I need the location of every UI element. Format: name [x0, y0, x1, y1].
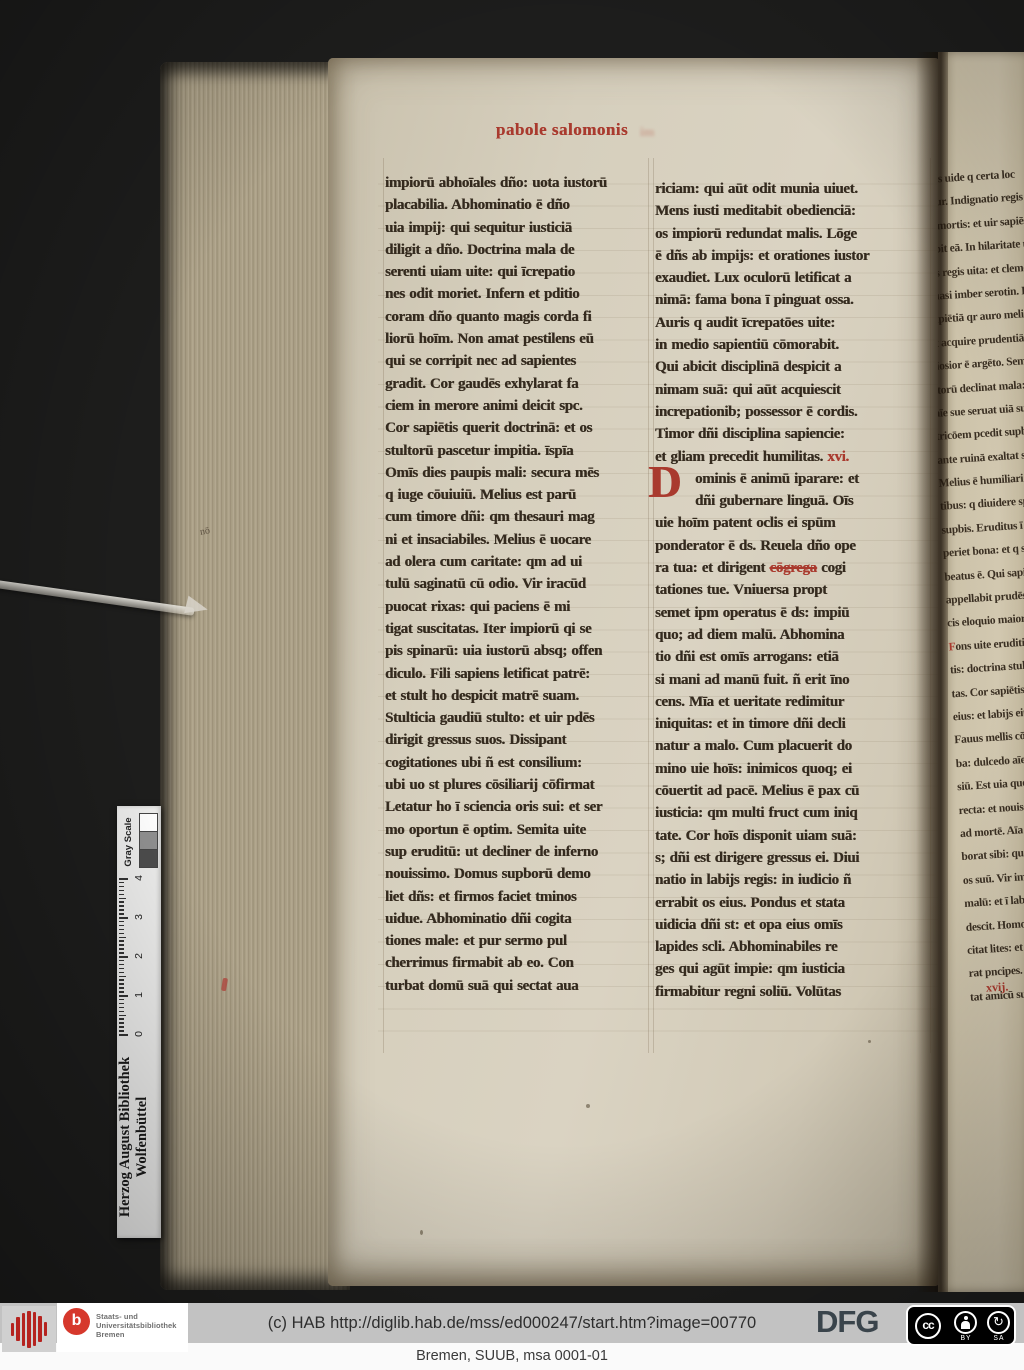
ruler-tick-label: 1: [132, 986, 146, 1004]
share-alike-arrow-icon: ↻: [987, 1311, 1010, 1334]
manuscript-line: os impiorū redundat malis. Lōge: [655, 223, 941, 245]
manuscript-line: ubi uo st plures cōsiliarij cōfirmat: [385, 774, 651, 796]
page-speck: [586, 1104, 590, 1108]
ink-offset-stain: im: [640, 124, 700, 146]
manuscript-line: riciam: qui aūt odit munia uiuet.: [655, 178, 941, 200]
manuscript-line: Letatur ho ī sciencia oris sui: et ser: [385, 796, 651, 818]
manuscript-line: cōuertit ad pacē. Melius ē pax cū: [655, 780, 941, 802]
manuscript-line: natio in labijs regis: in iudicio ñ: [655, 869, 941, 891]
manuscript-line: coram dño quanto magis corda fi: [385, 306, 651, 328]
grayscale-patch-white: [139, 813, 158, 832]
manuscript-line: stultorū pascetur impitia. īspīa: [385, 440, 651, 462]
manuscript-line: gradit. Cor gaudēs exhylarat fa: [385, 373, 651, 395]
manuscript-line: Timor dñi disciplina sapiencie:: [655, 423, 941, 445]
chapter-number: xvi.: [823, 449, 849, 465]
manuscript-line: ominis ē animū iparare: et: [655, 468, 941, 490]
ruler-tick: [119, 925, 124, 927]
manuscript-line: cum timore dñi: qm thesauri mag: [385, 506, 651, 528]
ruler-tick-label: 2: [132, 947, 146, 965]
manuscript-line: liorū hoīm. Non amat pestilens eū: [385, 328, 651, 350]
manuscript-line: uie hoīm patent oclis ei spūm: [655, 512, 941, 534]
ruler-tick: [119, 964, 124, 966]
dfg-logo: DFG: [816, 1303, 878, 1343]
ruler-tick: [119, 987, 124, 989]
manuscript-line: et gliam precedit humilitas. xvi.: [655, 446, 941, 468]
manuscript-line: cherrimus firmabit ab eo. Con: [385, 952, 651, 974]
manuscript-line: Cor sapiētis querit doctrinā: et os: [385, 417, 651, 439]
manuscript-line: nimā: fama bona ī pinguat ossa.: [655, 289, 941, 311]
manuscript-line: tate. Cor hoīs disponit uiam suā:: [655, 825, 941, 847]
library-name-label: Herzog August Bibliothek Wolfenbüttel: [117, 1007, 161, 1267]
manuscript-line: ni et insaciabiles. Melius ē uocare: [385, 529, 651, 551]
ruler-tick: [119, 948, 124, 950]
marginal-note: nō: [199, 525, 211, 538]
column-rule: [653, 158, 654, 1053]
manuscript-line: in medio sapientiū cōmorabit.: [655, 334, 941, 356]
manuscript-line: et stult ho despicit matrē suam.: [385, 685, 651, 707]
manuscript-line: tationes tue. Vniuersa propt: [655, 579, 941, 601]
facing-page-edge: regis uide q certa locgetur. Indignatio …: [938, 52, 1024, 1292]
page-speck: [420, 1230, 423, 1235]
manuscript-line: uidue. Abhominatio dñi cogita: [385, 908, 651, 930]
manuscript-line: ges qui agūt impie: qm iusticia: [655, 958, 941, 980]
manuscript-left-column: impiorū abhoīales dño: uota iustorūplaca…: [385, 172, 651, 997]
manuscript-line: cogitationes ubi ñ est consilium:: [385, 752, 651, 774]
ruler-tick: [119, 991, 124, 993]
manuscript-line: uidicia dñi st: et opa eius omīs: [655, 914, 941, 936]
grayscale-ruler-strip: Gray Scale 43210 Herzog August Bibliothe…: [117, 806, 161, 1238]
ruler-tick: [119, 960, 124, 962]
manuscript-line: ē dñs ab impijs: et orationes iustor: [655, 245, 941, 267]
manuscript-line: ciem in merore animi deicit spc.: [385, 395, 651, 417]
manuscript-line: Stulticia gaudiū stulto: et uir pdēs: [385, 707, 651, 729]
manuscript-line: qui se corripit nec ad sapientes: [385, 350, 651, 372]
manuscript-line: impiorū abhoīales dño: uota iustorū: [385, 172, 651, 194]
manuscript-line: Mens iusti meditabit obedienciā:: [655, 200, 941, 222]
manuscript-line: tigat suscitatas. Iter impiorū qi se: [385, 618, 651, 640]
manuscript-line: increpationib; possessor ē cordis.: [655, 401, 941, 423]
manuscript-line: semet ipm operatus ē ds: impiū: [655, 602, 941, 624]
manuscript-line: ra tua: et dirigent cōgrega cogi: [655, 557, 941, 579]
book-page-edges: [160, 62, 350, 1290]
manuscript-line: tulū saginatū cū odio. Vir iracūd: [385, 573, 651, 595]
ruler-tick: [119, 1003, 124, 1005]
grayscale-patch-dark: [139, 849, 158, 868]
ruler-tick: [119, 917, 128, 919]
library-name-line2: Wolfenbüttel: [134, 1007, 151, 1267]
ruler-tick: [119, 979, 124, 981]
ruler-tick: [119, 905, 124, 907]
ruler-tick: [119, 976, 126, 978]
column-rule: [383, 158, 384, 1053]
cc-by-label: BY: [954, 1335, 978, 1343]
person-body: [961, 1321, 970, 1329]
ruler-tick: [119, 999, 124, 1001]
manuscript-line: diculo. Fili sapiens letificat patrē:: [385, 663, 651, 685]
ruler-tick: [119, 956, 128, 958]
photo-area: pabole salomonis im impiorū abhoīales dñ…: [0, 0, 1024, 1303]
ruler-tick-label: 4: [132, 869, 146, 887]
ruler-tick: [119, 995, 128, 997]
manuscript-line: cens. Mīa et ueritate redimitur: [655, 691, 941, 713]
library-name-line1: Herzog August Bibliothek: [117, 1007, 134, 1267]
ruler-tick: [119, 968, 124, 970]
expunged-word: cōgrega: [769, 560, 816, 576]
manuscript-line: uia impij: qui sequitur iusticiā: [385, 217, 651, 239]
manuscript-line: mino uie hoīs: inimicos quoq; ei: [655, 758, 941, 780]
manuscript-line: placabilia. Abhominatio ē dño: [385, 194, 651, 216]
ruler-tick: [119, 901, 124, 903]
ruler-tick: [119, 886, 124, 888]
manuscript-line: liet dñs: et firmos faciet tminos: [385, 886, 651, 908]
manuscript-line: nouissimo. Domus supborū demo: [385, 863, 651, 885]
ruler-tick: [119, 882, 124, 884]
manuscript-line: turbat domū suā qui sectat aua: [385, 975, 651, 997]
ruler-tick: [119, 894, 124, 896]
manuscript-line: natur a malo. Cum placuerit do: [655, 735, 941, 757]
ruler-tick: [119, 933, 124, 935]
manuscript-line: iniquitas: et in timore dñi decli: [655, 713, 941, 735]
manuscript-line: diligit a dño. Doctrina mala de: [385, 239, 651, 261]
ruler-tick: [119, 878, 128, 880]
manuscript-line: ponderator ē ds. Reuela dño ope: [655, 535, 941, 557]
shelfmark-line: Bremen, SUUB, msa 0001-01: [0, 1343, 1024, 1370]
digitized-manuscript-scan: pabole salomonis im impiorū abhoīales dñ…: [0, 0, 1024, 1370]
manuscript-line: nimam suā: qui aūt acquiescit: [655, 379, 941, 401]
ruler-tick: [119, 972, 124, 974]
page-speck: [868, 1040, 871, 1043]
manuscript-line: dirigit gressus suos. Dissipant: [385, 729, 651, 751]
manuscript-line: s; dñi est dirigere gressus ei. Diui: [655, 847, 941, 869]
chapter-initial-letter: D: [648, 460, 690, 506]
ruler-tick: [119, 952, 124, 954]
grayscale-patch-mid: [139, 831, 158, 850]
manuscript-line: q iuge cōuiuiū. Melius est parū: [385, 484, 651, 506]
manuscript-line: iusticia: qm multi fruct cum iniq: [655, 802, 941, 824]
cc-sa-label: SA: [987, 1335, 1011, 1343]
manuscript-line: firmabitur regni soliū. Volūtas: [655, 981, 941, 1003]
manuscript-line: Auris q audit īcrepatōes uite:: [655, 312, 941, 334]
ruler-tick: [119, 909, 124, 911]
manuscript-line: ad olera cum caritate: qm ad ui: [385, 551, 651, 573]
manuscript-line: quo; ad diem malū. Abhomina: [655, 624, 941, 646]
manuscript-line: exaudiet. Lux oculorū letificat a: [655, 267, 941, 289]
facing-page-text: regis uide q certa locgetur. Indignatio …: [938, 160, 1024, 1010]
ruler-tick-label: 3: [132, 908, 146, 926]
manuscript-right-column: riciam: qui aūt odit munia uiuet.Mens iu…: [655, 178, 941, 1003]
ruler-tick: [119, 940, 124, 942]
manuscript-line: errabit os eius. Pondus et stata: [655, 892, 941, 914]
manuscript-line: sup eruditū: ut decliner de inferno: [385, 841, 651, 863]
manuscript-line: tiones male: et pur sermo pul: [385, 930, 651, 952]
creative-commons-icon: cc: [915, 1313, 941, 1339]
attribution-person-icon: [954, 1311, 977, 1334]
manuscript-line: serenti uiam uite: qui īcrepatio: [385, 261, 651, 283]
person-head: [964, 1316, 969, 1321]
manuscript-line: mo oportun ē optim. Semita uite: [385, 819, 651, 841]
cc-license-badge: cc ↻ BY SA: [906, 1305, 1016, 1346]
manuscript-line: dñi gubernare linguā. Oīs: [655, 490, 941, 512]
manuscript-line: Qui abicit disciplinā despicit a: [655, 356, 941, 378]
ruler-tick: [119, 983, 124, 985]
facing-chapter-number: xvij.: [986, 979, 1009, 995]
manuscript-line: puocat rixas: qui paciens ē mi: [385, 596, 651, 618]
ruler-tick: [119, 929, 124, 931]
manuscript-line: Omīs dies paupis mali: secura mēs: [385, 462, 651, 484]
manuscript-page: pabole salomonis im impiorū abhoīales dñ…: [328, 58, 940, 1286]
manuscript-line: lapides scli. Abhominabiles re: [655, 936, 941, 958]
ruler-tick: [119, 937, 126, 939]
ruler-tick: [119, 898, 126, 900]
ruler-tick: [119, 921, 124, 923]
manuscript-line: tio dñi est omīs arrogans: etiā: [655, 646, 941, 668]
manuscript-line: nes odit moriet. Infern et pditio: [385, 283, 651, 305]
ruler-tick: [119, 913, 124, 915]
ruler-tick: [119, 944, 124, 946]
manuscript-line: pis spinarū: uia iustorū absq; offen: [385, 640, 651, 662]
manuscript-line: si mani ad manū fuit. ñ erit īno: [655, 669, 941, 691]
ruler-tick: [119, 890, 124, 892]
